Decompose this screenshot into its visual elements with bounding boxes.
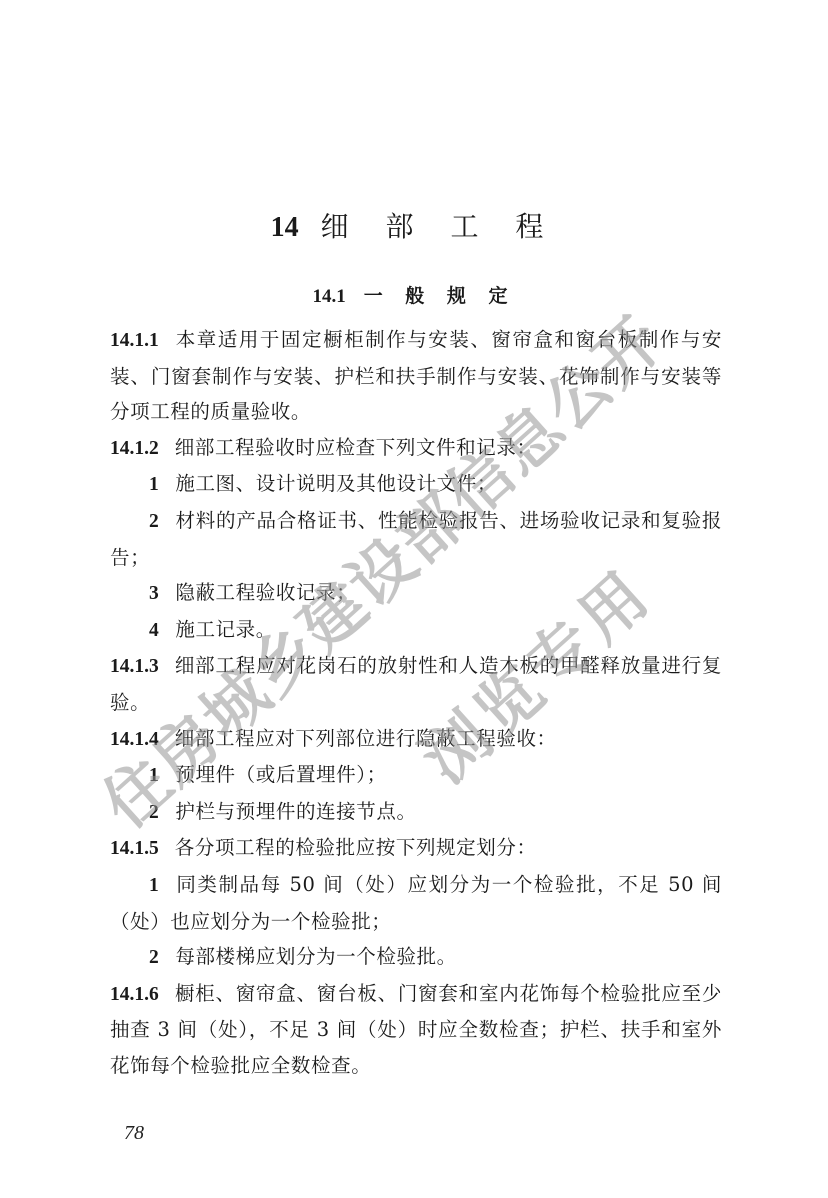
item-text: 同类制品每 50 间（处）应划分为一个检验批，不足 50 间（处）也应划分为一个… (110, 873, 722, 933)
item-number: 2 (149, 511, 159, 532)
list-item: 1施工图、设计说明及其他设计文件； (110, 466, 722, 503)
list-item: 2每部楼梯应划分为一个检验批。 (110, 939, 722, 976)
clause-text: 橱柜、窗帘盒、窗台板、门窗套和室内花饰每个检验批应至少抽查 3 间（处），不足 … (110, 982, 722, 1077)
clause-number: 14.1.4 (110, 729, 159, 750)
clause-number: 14.1.6 (110, 984, 159, 1005)
item-text: 施工记录。 (175, 618, 276, 641)
page-number: 78 (124, 1122, 144, 1145)
clause-14-1-1: 14.1.1本章适用于固定橱柜制作与安装、窗帘盒和窗台板制作与安装、门窗套制作与… (110, 322, 722, 430)
clause-text: 本章适用于固定橱柜制作与安装、窗帘盒和窗台板制作与安装、门窗套制作与安装、护栏和… (110, 328, 722, 423)
list-item: 2材料的产品合格证书、性能检验报告、进场验收记录和复验报告； (110, 503, 722, 575)
clause-14-1-4: 14.1.4细部工程应对下列部位进行隐蔽工程验收： (110, 721, 722, 758)
clause-text: 细部工程应对花岗石的放射性和人造木板的甲醛释放量进行复验。 (110, 654, 722, 714)
document-page: 14细 部 工 程 14.1一 般 规 定 14.1.1本章适用于固定橱柜制作与… (0, 0, 828, 1198)
clause-text: 各分项工程的检验批应按下列规定划分： (175, 836, 537, 859)
section-title-text: 一 般 规 定 (364, 285, 516, 307)
item-number: 2 (149, 947, 159, 968)
clause-14-1-3: 14.1.3细部工程应对花岗石的放射性和人造木板的甲醛释放量进行复验。 (110, 648, 722, 720)
list-item: 1预埋件（或后置埋件）； (110, 757, 722, 794)
chapter-title-text: 细 部 工 程 (321, 210, 558, 243)
section-title: 14.1一 般 规 定 (0, 281, 828, 308)
item-text: 每部楼梯应划分为一个检验批。 (175, 945, 456, 968)
item-number: 1 (149, 875, 159, 896)
list-item: 3隐蔽工程验收记录； (110, 575, 722, 612)
item-text: 隐蔽工程验收记录； (175, 581, 356, 604)
item-number: 1 (149, 474, 159, 495)
list-item: 2护栏与预埋件的连接节点。 (110, 794, 722, 831)
document-body: 14.1.1本章适用于固定橱柜制作与安装、窗帘盒和窗台板制作与安装、门窗套制作与… (110, 322, 722, 1083)
item-number: 1 (149, 765, 159, 786)
chapter-number: 14 (271, 212, 299, 243)
clause-number: 14.1.3 (110, 656, 159, 677)
item-number: 4 (149, 620, 159, 641)
clause-number: 14.1.5 (110, 838, 159, 859)
clause-14-1-5: 14.1.5各分项工程的检验批应按下列规定划分： (110, 830, 722, 867)
item-text: 预埋件（或后置埋件）； (175, 763, 386, 786)
item-number: 2 (149, 802, 159, 823)
clause-text: 细部工程验收时应检查下列文件和记录： (175, 436, 537, 459)
list-item: 1同类制品每 50 间（处）应划分为一个检验批，不足 50 间（处）也应划分为一… (110, 867, 722, 939)
section-number: 14.1 (312, 286, 345, 307)
list-item: 4施工记录。 (110, 612, 722, 649)
clause-text: 细部工程应对下列部位进行隐蔽工程验收： (175, 727, 557, 750)
item-number: 3 (149, 583, 159, 604)
item-text: 材料的产品合格证书、性能检验报告、进场验收记录和复验报告； (110, 509, 722, 569)
item-text: 护栏与预埋件的连接节点。 (175, 800, 416, 823)
clause-14-1-6: 14.1.6橱柜、窗帘盒、窗台板、门窗套和室内花饰每个检验批应至少抽查 3 间（… (110, 976, 722, 1084)
item-text: 施工图、设计说明及其他设计文件； (175, 472, 497, 495)
clause-number: 14.1.1 (110, 330, 159, 351)
clause-14-1-2: 14.1.2细部工程验收时应检查下列文件和记录： (110, 430, 722, 467)
clause-number: 14.1.2 (110, 438, 159, 459)
chapter-title: 14细 部 工 程 (0, 205, 828, 245)
